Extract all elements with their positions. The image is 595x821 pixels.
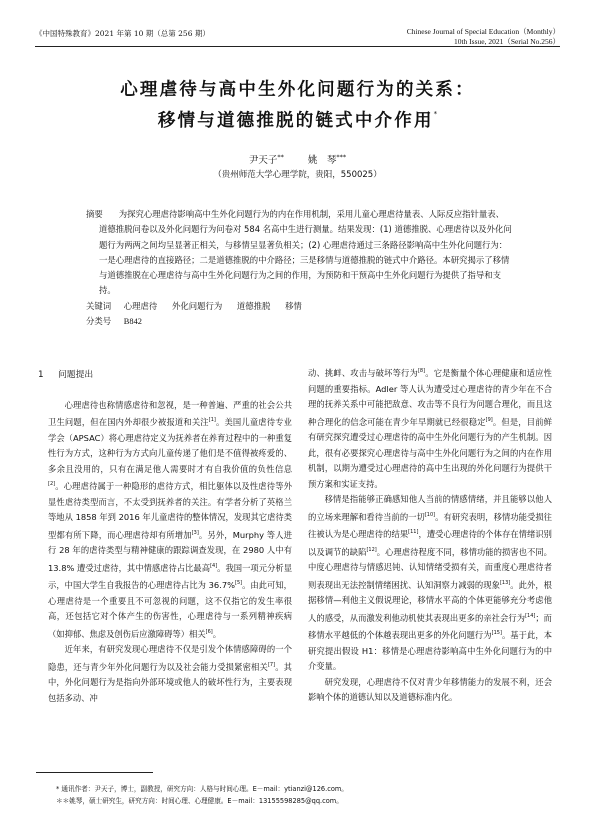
paragraph: 研究发现，心理虐待不仅对青少年移情能力的发展不利，还会影响个体的道德认知以及道德… (308, 675, 552, 706)
journal-issue-en: Chinese Journal of Special Education（Mon… (407, 27, 560, 47)
paragraph-text: 近年来，有研究发现心理虐待不仅是引发个体情感障碍的一个隐患，还与青少年外化问题行… (48, 644, 292, 672)
abstract-label: 摘要 (86, 209, 103, 219)
citation-ref[interactable]: [15] (492, 630, 502, 636)
paragraph: 移情是指能够正确感知他人当前的情感情绪，并且能够以他人的立场来理解和看待当前的一… (308, 492, 552, 675)
affiliation: （贵州师范大学心理学院，贵阳，550025） (0, 168, 595, 180)
citation-ref[interactable]: [13] (500, 580, 510, 586)
journal-issue-cn: 《中国特殊教育》2021 年第 10 期（总第 256 期） (35, 28, 210, 39)
section-number: 1 (38, 368, 58, 384)
author-name: 姚 琴 (308, 155, 337, 166)
author-name: 尹天子 (249, 155, 278, 166)
classification-label: 分类号 (86, 316, 111, 326)
citation-ref[interactable]: [8] (418, 368, 425, 374)
keyword: 道德推脱 (237, 301, 271, 311)
paragraph: 近年来，有研究发现心理虐待不仅是引发个体情感障碍的一个隐患，还与青少年外化问题行… (48, 642, 292, 706)
left-column: 1问题提出 心理虐待也称情感虐待和忽视，是一种普遍、严重的社会公共卫生问题，但在… (48, 368, 292, 706)
title-line-2: 移情与道德推脱的链式中介作用* (0, 102, 595, 133)
title-footnote-mark: * (434, 110, 438, 118)
author-mark: *** (336, 153, 346, 161)
citation-ref[interactable]: [9] (486, 417, 493, 423)
citation-ref[interactable]: [10] (425, 512, 435, 518)
running-header: 《中国特殊教育》2021 年第 10 期（总第 256 期） Chinese J… (35, 12, 560, 47)
paragraph-text: 动、挑衅、攻击与破坏等行为 (308, 368, 418, 378)
citation-ref[interactable]: [14] (525, 613, 535, 619)
footnote-divider (36, 772, 153, 773)
body-columns: 1问题提出 心理虐待也称情感虐待和忽视，是一种普遍、严重的社会公共卫生问题，但在… (48, 368, 550, 760)
citation-ref[interactable]: [11] (408, 529, 418, 535)
title-line-2-text: 移情与道德推脱的链式中介作用 (158, 111, 434, 131)
citation-ref[interactable]: [12] (366, 547, 376, 553)
citation-ref[interactable]: [7] (268, 662, 275, 668)
keywords: 关键词 心理虐待 外化问题行为 道德推脱 移情 (86, 299, 512, 314)
footnote: * 通讯作者：尹天子，博士，副教授，研究方向：人格与时间心理。E－mail：yt… (48, 783, 348, 795)
section-heading: 1问题提出 (38, 368, 292, 384)
author-list: 尹天子** 姚 琴*** (0, 152, 595, 166)
classification: 分类号 B842 (86, 314, 512, 329)
footnote: ＊＊姚琴，硕士研究生，研究方向：时间心理、心理健康。E－mail：1315559… (48, 795, 348, 807)
keyword: 移情 (285, 301, 302, 311)
title-line-1: 心理虐待与高中生外化问题行为的关系： (0, 78, 595, 102)
paragraph-text: 研究发现，心理虐待不仅对青少年移情能力的发展不利，还会影响个体的道德认知以及道德… (308, 677, 552, 703)
keywords-label: 关键词 (86, 301, 111, 311)
right-column: 动、挑衅、攻击与破坏等行为[8]。它是衡量个体心理健康和适应性问题的重要指标。A… (308, 364, 552, 706)
keyword: 心理虐待 (124, 301, 158, 311)
author-mark: ** (277, 153, 284, 161)
abstract-body: 摘要为探究心理虐待影响高中生外化问题行为的内在作用机制，采用儿童心理虐待量表、人… (86, 207, 512, 299)
classification-code: B842 (124, 317, 142, 326)
paragraph: 心理虐待也称情感虐待和忽视，是一种普遍、严重的社会公共卫生问题，但在国内外却很少… (48, 398, 292, 643)
footnotes: * 通讯作者：尹天子，博士，副教授，研究方向：人格与时间心理。E－mail：yt… (48, 783, 348, 807)
section-title: 问题提出 (58, 370, 93, 380)
abstract: 摘要为探究心理虐待影响高中生外化问题行为的内在作用机制，采用儿童心理虐待量表、人… (86, 207, 512, 329)
paragraph-text: 。但是，目前鲜有研究探究遭受过心理虐待的高中生外化问题行为的产生机制。因此，很有… (308, 417, 552, 489)
abstract-text: 为探究心理虐待影响高中生外化问题行为的内在作用机制，采用儿童心理虐待量表、人际反… (99, 209, 512, 295)
citation-ref[interactable]: [1] (209, 417, 216, 423)
paragraph: 动、挑衅、攻击与破坏等行为[8]。它是衡量个体心理健康和适应性问题的重要指标。A… (308, 364, 552, 492)
citation-ref[interactable]: [3] (192, 530, 199, 536)
citation-ref[interactable]: [6] (206, 629, 213, 635)
keyword: 外化问题行为 (172, 301, 222, 311)
article-title: 心理虐待与高中生外化问题行为的关系： 移情与道德推脱的链式中介作用* (0, 78, 595, 133)
paragraph-text: 。 (213, 629, 221, 639)
issue-en: 10th Issue, 2021（Serial No.256） (407, 37, 560, 47)
journal-name-en: Chinese Journal of Special Education（Mon… (407, 27, 560, 37)
